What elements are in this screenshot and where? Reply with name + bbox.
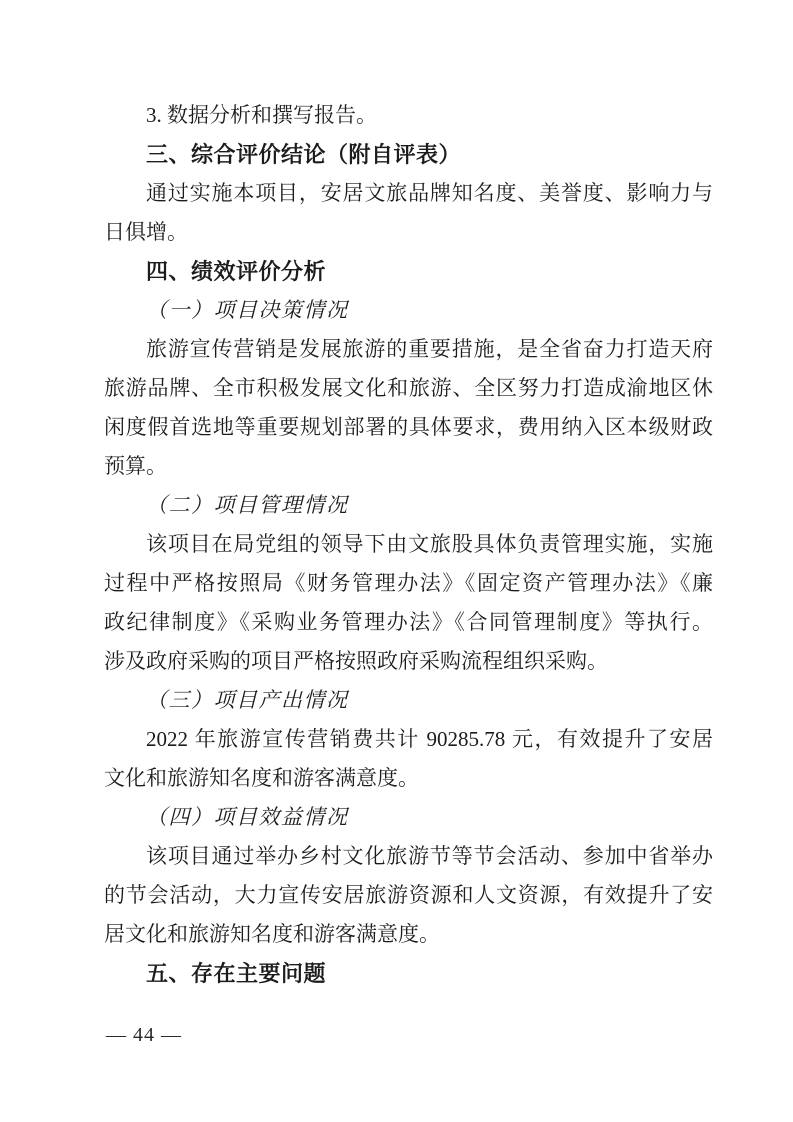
body-line: 居文化和旅游知名度和游客满意度。: [104, 915, 713, 954]
body-line: 旅游品牌、全市积极发展文化和旅游、全区努力打造成渝地区休: [104, 369, 713, 408]
body-line: 该项目通过举办乡村文化旅游节等节会活动、参加中省举办: [104, 837, 713, 876]
body-line: 通过实施本项目，安居文旅品牌知名度、美誉度、影响力与: [104, 174, 713, 213]
body-line: 2022 年旅游宣传营销费共计 90285.78 元，有效提升了安居: [104, 720, 713, 759]
page-number: — 44 —: [106, 1022, 182, 1048]
body-line: 过程中严格按照局《财务管理办法》《固定资产管理办法》《廉: [104, 564, 713, 603]
body-line: 旅游宣传营销是发展旅游的重要措施，是全省奋力打造天府: [104, 330, 713, 369]
sub-heading: （二）项目管理情况: [104, 486, 713, 525]
body-line: 该项目在局党组的领导下由文旅股具体负责管理实施，实施: [104, 525, 713, 564]
body-line: 预算。: [104, 447, 713, 486]
body-line: 政纪律制度》《采购业务管理办法》《合同管理制度》等执行。: [104, 603, 713, 642]
section-heading: 四、绩效评价分析: [104, 252, 713, 291]
section-heading: 三、综合评价结论（附自评表）: [104, 135, 713, 174]
document-page: 3. 数据分析和撰写报告。三、综合评价结论（附自评表）通过实施本项目，安居文旅品…: [0, 0, 793, 1122]
section-heading: 五、存在主要问题: [104, 954, 713, 993]
sub-heading: （四）项目效益情况: [104, 798, 713, 837]
body-line: 日俱增。: [104, 213, 713, 252]
document-body: 3. 数据分析和撰写报告。三、综合评价结论（附自评表）通过实施本项目，安居文旅品…: [104, 96, 713, 993]
body-line: 闲度假首选地等重要规划部署的具体要求，费用纳入区本级财政: [104, 408, 713, 447]
sub-heading: （一）项目决策情况: [104, 291, 713, 330]
body-line: 文化和旅游知名度和游客满意度。: [104, 759, 713, 798]
body-line: 的节会活动，大力宣传安居旅游资源和人文资源，有效提升了安: [104, 876, 713, 915]
body-line: 涉及政府采购的项目严格按照政府采购流程组织采购。: [104, 642, 713, 681]
body-line: 3. 数据分析和撰写报告。: [104, 96, 713, 135]
sub-heading: （三）项目产出情况: [104, 681, 713, 720]
